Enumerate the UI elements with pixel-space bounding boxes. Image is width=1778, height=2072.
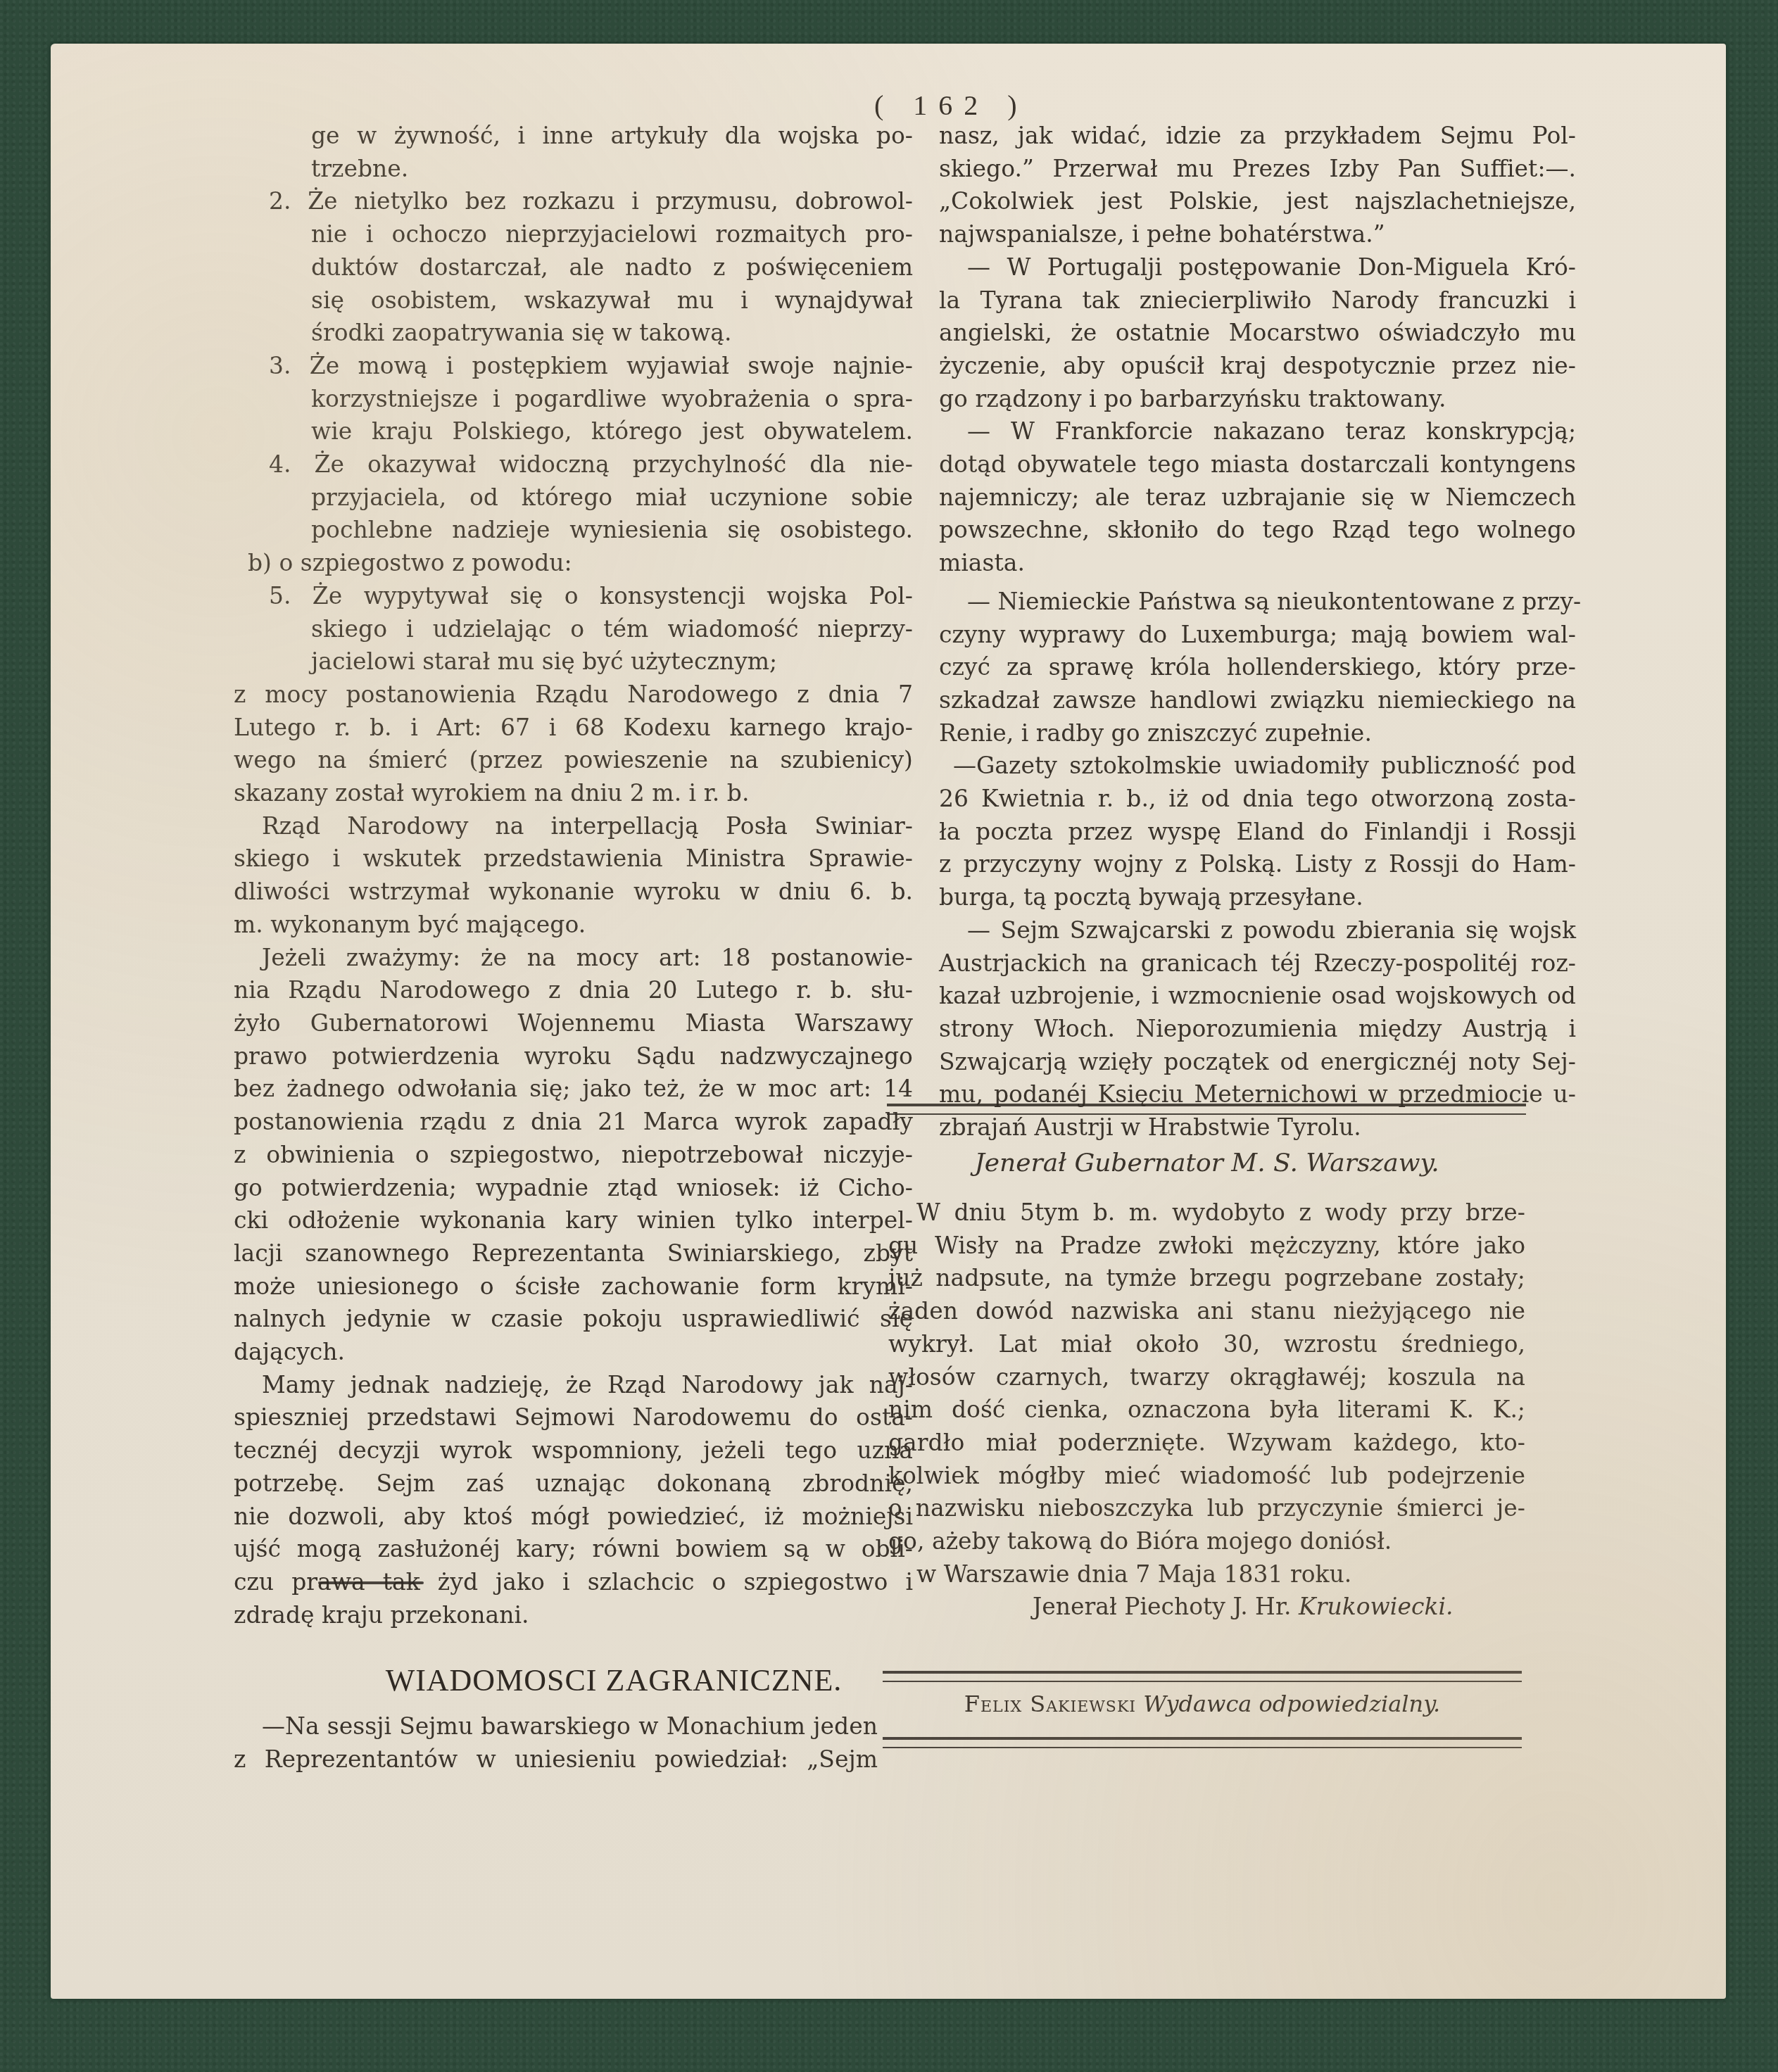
- text-line: Renie, i radby go zniszczyć zupełnie.: [939, 717, 1576, 750]
- text-line: kazał uzbrojenie, i wzmocnienie osad woj…: [939, 980, 1576, 1013]
- signature-name: Krukowiecki.: [1299, 1593, 1453, 1620]
- paragraph-gazety: —Gazety sztokolmskie uwiadomiły publiczn…: [939, 750, 1576, 914]
- text-line: 4. Że okazywał widoczną przychylność dla…: [269, 448, 913, 481]
- text-line: pochlebne nadzieje wyniesienia się osobi…: [311, 514, 913, 547]
- text-line: dotąd obywatele tego miasta dostarczali …: [939, 448, 1576, 481]
- text-line: gu Wisły na Pradze zwłoki mężczyzny, któ…: [888, 1230, 1525, 1263]
- text-line: lacji szanownego Reprezentanta Swiniarsk…: [234, 1237, 913, 1270]
- text-line: burga, tą pocztą bywają przesyłane.: [939, 881, 1576, 914]
- text-line: spieszniej przedstawi Sejmowi Narodowemu…: [234, 1401, 913, 1434]
- text-line: zdradę kraju przekonani.: [234, 1599, 913, 1632]
- text-line: z obwinienia o szpiegostwo, niepotrzebow…: [234, 1139, 913, 1172]
- text-line: dających.: [234, 1336, 913, 1369]
- newspaper-page: ( 162 ) ge w żywność, i inne artykuły dl…: [51, 44, 1726, 1999]
- text-line: „Cokolwiek jest Polskie, jest najszlache…: [939, 185, 1576, 218]
- imprint: Felix Sakiewski Wydawca odpowiedzialny.: [883, 1688, 1522, 1721]
- text-line: wie kraju Polskiego, którego jest obywat…: [311, 415, 913, 448]
- text-line: Austrjackich na granicach téj Rzeczy-pos…: [939, 947, 1576, 980]
- left-column: ge w żywność, i inne artykuły dla wojska…: [269, 120, 913, 1631]
- paragraph-bawaria-cont: nasz, jak widać, idzie za przykładem Sej…: [939, 120, 1576, 251]
- text-line: życzenie, aby opuścił kraj despotycznie …: [939, 350, 1576, 383]
- text-line: najwspanialsze, i pełne bohatérstwa.”: [939, 218, 1576, 251]
- text-line: skiego i udzielając o tém wiadomość niep…: [311, 613, 913, 646]
- text-line: go rządzony i po barbarzyńsku traktowany…: [939, 383, 1576, 416]
- text-line: z Reprezentantów w uniesieniu powiedział…: [234, 1743, 878, 1776]
- text-line: postanowienia rządu z dnia 21 Marca wyro…: [234, 1106, 913, 1139]
- text-line: z mocy postanowienia Rządu Narodowego z …: [234, 678, 913, 712]
- text-line: może uniesionego o ścisłe zachowanie for…: [234, 1270, 913, 1303]
- dateline: w Warszawie dnia 7 Maja 1831 roku.: [888, 1558, 1525, 1591]
- text-line: ge w żywność, i inne artykuły dla wojska…: [311, 120, 913, 153]
- paragraph-frankfurt: — W Frankforcie nakazano teraz konskrypc…: [939, 415, 1576, 580]
- text-line: skazany został wyrokiem na dniu 2 m. i r…: [234, 777, 913, 810]
- paragraph-notice: W dniu 5tym b. m. wydobyto z wody przy b…: [888, 1196, 1525, 1624]
- text-line: 3. Że mową i postępkiem wyjawiał swoje n…: [269, 350, 913, 383]
- text-line: środki zaopatrywania się w takową.: [311, 317, 913, 350]
- paragraph-mamy: Mamy jednak nadzieję, że Rząd Narodowy j…: [234, 1369, 913, 1632]
- text-line: skiego i wskutek przedstawienia Ministra…: [234, 842, 913, 876]
- list-item-5: 5. Że wypytywał się o konsystencji wojsk…: [269, 580, 913, 678]
- paragraph-item1-end: ge w żywność, i inne artykuły dla wojska…: [269, 120, 913, 185]
- text-line: wykrył. Lat miał około 30, wzrostu średn…: [888, 1328, 1525, 1361]
- text-line: 2. Że nietylko bez rozkazu i przymusu, d…: [269, 185, 913, 218]
- text-line: — Niemieckie Państwa są nieukontentowane…: [939, 586, 1576, 619]
- double-rule-divider: [883, 1737, 1522, 1748]
- text-line: m. wykonanym być mającego.: [234, 909, 913, 942]
- text-line: Lutego r. b. i Art: 67 i 68 Kodexu karne…: [234, 712, 913, 745]
- text-line: już nadpsute, na tymże brzegu pogrzebane…: [888, 1262, 1525, 1295]
- paragraph-rzad-narodowy: Rząd Narodowy na interpellacją Posła Swi…: [234, 810, 913, 942]
- text-line: korzystniejsze i pogardliwe wyobrażenia …: [311, 383, 913, 416]
- section-heading-foreign-news: WIADOMOSCI ZAGRANICZNE.: [332, 1662, 895, 1698]
- paragraph-bawaria: —Na sessji Sejmu bawarskiego w Monachium…: [234, 1710, 878, 1776]
- text-line: go, ażeby takową do Bióra mojego doniósł…: [888, 1525, 1525, 1558]
- text-line: wego na śmierć (przez powieszenie na szu…: [234, 744, 913, 777]
- paragraph-sentence: z mocy postanowienia Rządu Narodowego z …: [234, 678, 913, 810]
- text-line: jacielowi starał mu się być użytecznym;: [311, 645, 913, 678]
- text-line: Szwajcarją wzięły początek od energiczné…: [939, 1046, 1576, 1079]
- text-line: szkadzał zawsze handlowi związku niemiec…: [939, 684, 1576, 717]
- imprint-publisher: Felix Sakiewski: [964, 1691, 1136, 1717]
- text-line: zbrajań Austrji w Hrabstwie Tyrolu.: [939, 1111, 1576, 1144]
- paragraph-portugal: — W Portugalji postępowanie Don-Miguela …: [939, 251, 1576, 416]
- text-line: — W Frankforcie nakazano teraz konskrypc…: [939, 415, 1576, 448]
- text-line: — W Portugalji postępowanie Don-Miguela …: [939, 251, 1576, 284]
- text-line: prawo potwierdzenia wyroku Sądu nadzwycz…: [234, 1040, 913, 1073]
- text-line: nasz, jak widać, idzie za przykładem Sej…: [939, 120, 1576, 153]
- text-line: la Tyrana tak zniecierpliwiło Narody fra…: [939, 284, 1576, 317]
- text-line: —Na sessji Sejmu bawarskiego w Monachium…: [234, 1710, 878, 1743]
- text-line: tecznéj decyzji wyrok wspomniony, jeżeli…: [234, 1434, 913, 1467]
- text-line: nie i ochoczo nieprzyjacielowi rozmaityc…: [311, 218, 913, 251]
- text-line: przyjaciela, od którego miał uczynione s…: [311, 481, 913, 514]
- text-line: — Sejm Szwajcarski z powodu zbierania si…: [939, 914, 1576, 947]
- text-line: się osobistem, wskazywał mu i wynajdywał: [311, 284, 913, 317]
- page-number: ( 162 ): [874, 89, 1028, 122]
- text-line: potrzebę. Sejm zaś uznając dokonaną zbro…: [234, 1467, 913, 1501]
- text-line: Rząd Narodowy na interpellacją Posła Swi…: [234, 810, 913, 843]
- text-line: czyć za sprawę króla hollenderskiego, kt…: [939, 651, 1576, 684]
- signature-title: Jenerał Piechoty J. Hr.: [1033, 1593, 1292, 1620]
- text-line: W dniu 5tym b. m. wydobyto z wody przy b…: [888, 1196, 1525, 1230]
- paragraph-jezeli: Jeżeli zważymy: że na mocy art: 18 posta…: [234, 942, 913, 1369]
- text-line: włosów czarnych, twarzy okrągławéj; kosz…: [888, 1361, 1525, 1394]
- text-line: ła poczta przez wyspę Eland do Finlandji…: [939, 816, 1576, 849]
- text-line: dliwości wstrzymał wykonanie wyroku w dn…: [234, 876, 913, 909]
- section-divider: [318, 1581, 424, 1584]
- text-line: żyło Gubernatorowi Wojennemu Miasta Wars…: [234, 1007, 913, 1040]
- text-line: czyny wyprawy do Luxemburga; mają bowiem…: [939, 619, 1576, 652]
- text-line: b) o szpiegostwo z powodu:: [248, 547, 913, 580]
- text-line: 26 Kwietnia r. b., iż od dnia tego otwor…: [939, 783, 1576, 816]
- list-item-2: 2. Że nietylko bez rozkazu i przymusu, d…: [269, 185, 913, 350]
- text-line: najemniczy; ale teraz uzbrajanie się w N…: [939, 481, 1576, 514]
- list-item-3: 3. Że mową i postępkiem wyjawiał swoje n…: [269, 350, 913, 448]
- text-line: nim dość cienka, oznaczona była literami…: [888, 1394, 1525, 1427]
- text-line: angielski, że ostatnie Mocarstwo oświadc…: [939, 317, 1576, 350]
- text-line: z przyczyny wojny z Polską. Listy z Ross…: [939, 848, 1576, 881]
- text-line: cki odłożenie wykonania kary winien tylk…: [234, 1204, 913, 1237]
- double-rule-divider: [883, 1671, 1522, 1682]
- text-line: —Gazety sztokolmskie uwiadomiły publiczn…: [939, 750, 1576, 783]
- paragraph-niemieckie: — Niemieckie Państwa są nieukontentowane…: [939, 586, 1576, 750]
- text-line: go potwierdzenia; wypadnie ztąd wniosek:…: [234, 1172, 913, 1205]
- signature: Jenerał Piechoty J. Hr. Krukowiecki.: [888, 1591, 1525, 1624]
- text-line: kolwiek mógłby mieć wiadomość lub podejr…: [888, 1460, 1525, 1493]
- text-line: żaden dowód nazwiska ani stanu nieżyjące…: [888, 1295, 1525, 1328]
- notice-heading: Jenerał Gubernator M. S. Warszawy.: [888, 1147, 1525, 1180]
- text-line: miasta.: [939, 547, 1576, 580]
- text-line: gardło miał poderznięte. Wzywam każdego,…: [888, 1427, 1525, 1460]
- text-line: nalnych jedynie w czasie pokoju usprawie…: [234, 1303, 913, 1336]
- imprint-role: Wydawca odpowiedzialny.: [1143, 1691, 1440, 1717]
- text-line: nie dozwoli, aby ktoś mógł powiedzieć, i…: [234, 1501, 913, 1534]
- text-line: Jeżeli zważymy: że na mocy art: 18 posta…: [234, 942, 913, 975]
- text-line: ujść mogą zasłużonéj kary; równi bowiem …: [234, 1533, 913, 1566]
- list-item-4: 4. Że okazywał widoczną przychylność dla…: [269, 448, 913, 547]
- text-line: strony Włoch. Nieporozumienia między Aus…: [939, 1013, 1576, 1046]
- text-line: o nazwisku nieboszczyka lub przyczynie ś…: [888, 1492, 1525, 1525]
- text-line: Mamy jednak nadzieję, że Rząd Narodowy j…: [234, 1369, 913, 1402]
- text-line: skiego.” Przerwał mu Prezes Izby Pan Suf…: [939, 153, 1576, 186]
- list-item-b: b) o szpiegostwo z powodu:: [248, 547, 913, 580]
- text-line: duktów dostarczał, ale nadto z poświęcen…: [311, 251, 913, 284]
- text-line: bez żadnego odwołania się; jako też, że …: [234, 1073, 913, 1106]
- text-line: nia Rządu Narodowego z dnia 20 Lutego r.…: [234, 974, 913, 1007]
- text-line: 5. Że wypytywał się o konsystencji wojsk…: [269, 580, 913, 613]
- text-line: powszechne, skłoniło do tego Rząd tego w…: [939, 514, 1576, 547]
- text-line: trzebne.: [311, 153, 913, 186]
- right-column: nasz, jak widać, idzie za przykładem Sej…: [939, 120, 1576, 1144]
- double-rule-divider: [887, 1104, 1526, 1115]
